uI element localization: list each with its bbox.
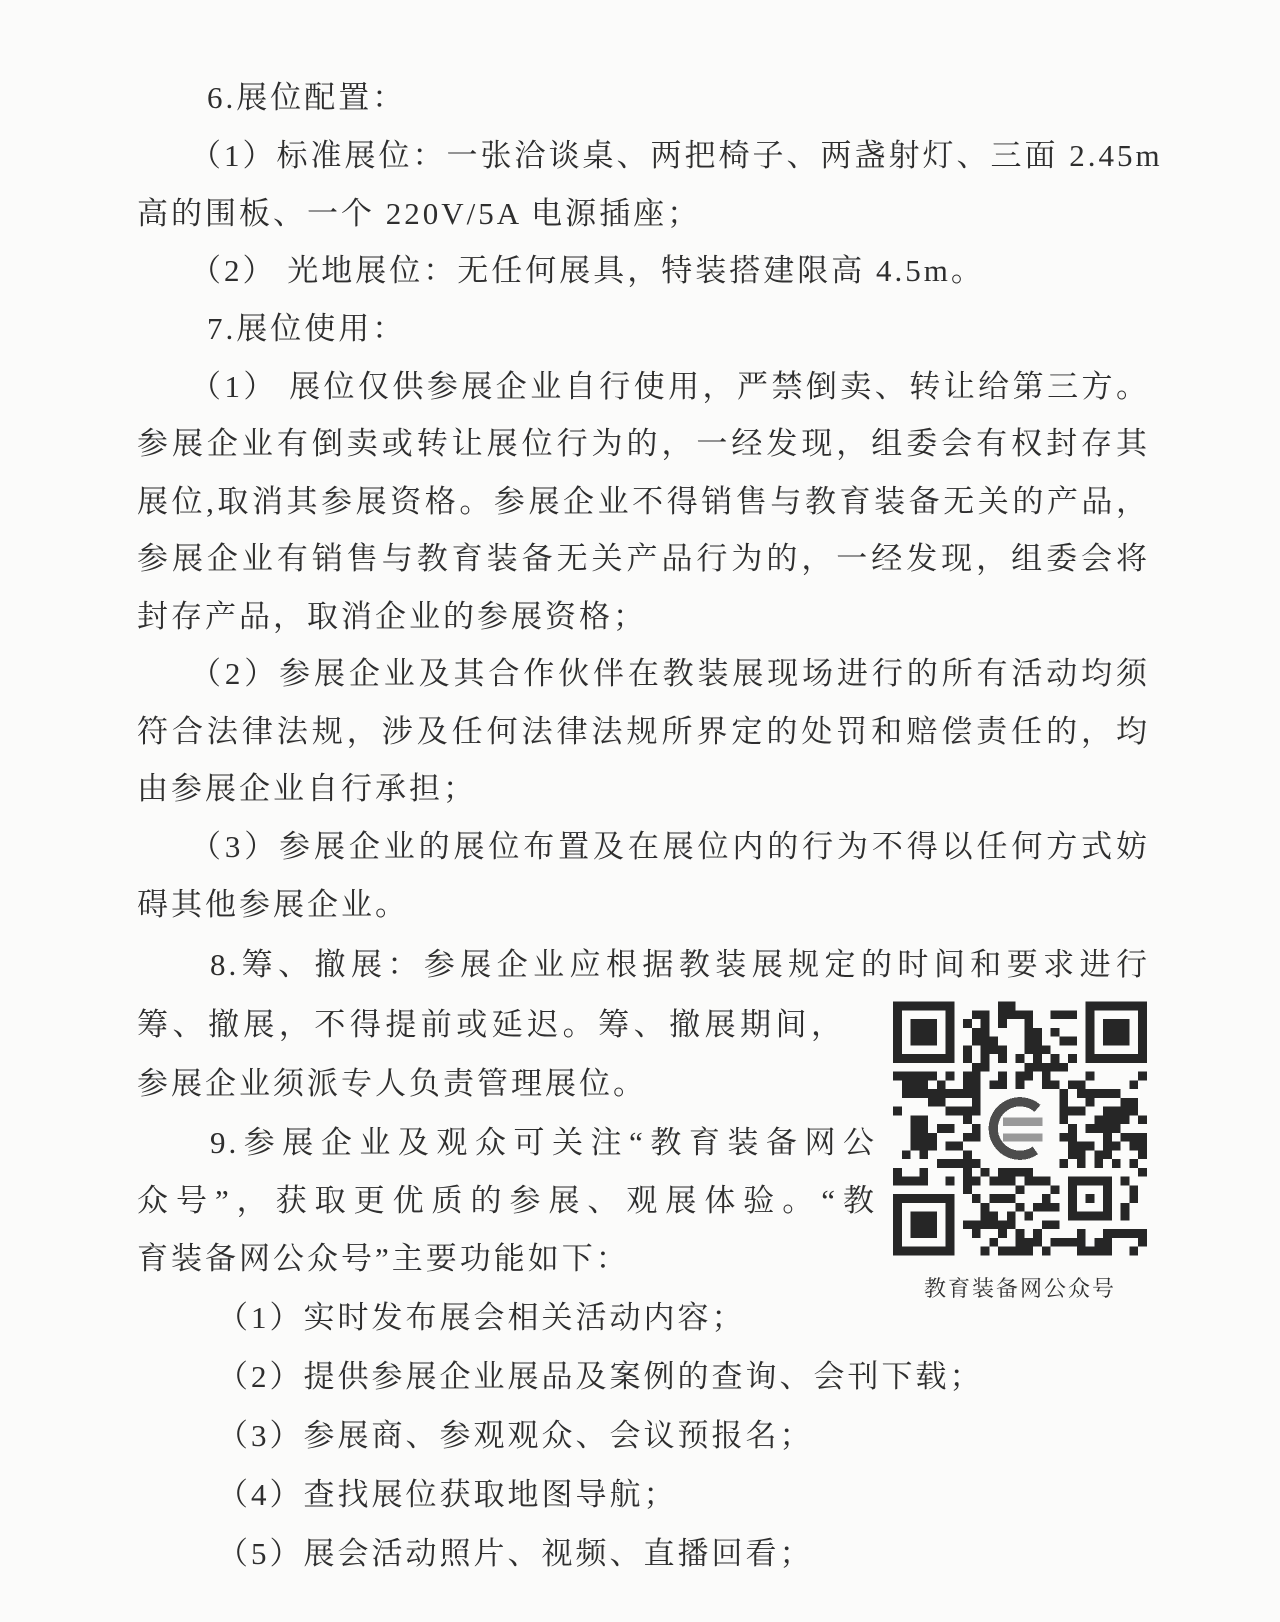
s7-item1-line3: 展位,取消其参展资格。参展企业不得销售与教育装备无关的产品， bbox=[137, 484, 1150, 520]
qr-center-logo-icon bbox=[981, 1090, 1058, 1167]
s7-item1-line2: 参展企业有倒卖或转让展位行为的，一经发现，组委会有权封存其 bbox=[137, 426, 1150, 462]
s9-line3: 育装备网公众号”主要功能如下： bbox=[137, 1241, 630, 1277]
s6-item2: （2） 光地展位：无任何展具，特装搭建限高 4.5m。 bbox=[190, 253, 985, 289]
feature-item-2: （2）提供参展企业展品及案例的查询、会刊下载； bbox=[217, 1359, 984, 1395]
s8-line1: 8.筹、撤展：参展企业应根据教装展规定的时间和要求进行 bbox=[210, 947, 1150, 983]
s6-item1-line2: 高的围板、一个 220V/5A 电源插座； bbox=[137, 196, 701, 232]
s8-line3: 参展企业须派专人负责管理展位。 bbox=[137, 1066, 647, 1102]
qrcode-svg bbox=[893, 1000, 1147, 1257]
s7-item1-line4: 参展企业有销售与教育装备无关产品行为的，一经发现，组委会将 bbox=[137, 541, 1150, 577]
s7-item1-line1: （1） 展位仅供参展企业自行使用，严禁倒卖、转让给第三方。 bbox=[190, 369, 1150, 405]
s7-item2-line3: 由参展企业自行承担； bbox=[137, 771, 477, 807]
s6-item1-line1: （1）标准展位：一张洽谈桌、两把椅子、两盏射灯、三面 2.45m bbox=[190, 138, 1150, 174]
feature-item-1: （1）实时发布展会相关活动内容； bbox=[217, 1300, 746, 1336]
heading-section-7: 7.展位使用： bbox=[207, 311, 406, 347]
s7-item1-line5: 封存产品，取消企业的参展资格； bbox=[137, 599, 647, 635]
s8-line2: 筹、撤展，不得提前或延迟。筹、撤展期间， bbox=[137, 1007, 845, 1043]
s7-item2-line1: （2）参展企业及其合作伙伴在教装展现场进行的所有活动均须 bbox=[190, 656, 1150, 692]
s7-item3-line2: 碍其他参展企业。 bbox=[137, 887, 409, 923]
feature-item-5: （5）展会活动照片、视频、直播回看； bbox=[217, 1536, 814, 1572]
feature-item-3: （3）参展商、参观观众、会议预报名； bbox=[217, 1418, 814, 1454]
s9-line2: 众号”，获取更优质的参展、观展体验。“教 bbox=[137, 1183, 877, 1219]
feature-item-4: （4）查找展位获取地图导航； bbox=[217, 1477, 678, 1513]
document-page: 6.展位配置： （1）标准展位：一张洽谈桌、两把椅子、两盏射灯、三面 2.45m… bbox=[0, 0, 1280, 1622]
s9-line1: 9.参展企业及观众可关注“教育装备网公 bbox=[210, 1125, 877, 1161]
s7-item2-line2: 符合法律法规，涉及任何法律法规所界定的处罚和赔偿责任的，均 bbox=[137, 714, 1150, 750]
s7-item3-line1: （3）参展企业的展位布置及在展位内的行为不得以任何方式妨 bbox=[190, 829, 1150, 865]
qrcode-caption: 教育装备网公众号 bbox=[885, 1272, 1155, 1303]
qrcode-image bbox=[893, 1000, 1147, 1257]
heading-section-6: 6.展位配置： bbox=[207, 80, 406, 116]
